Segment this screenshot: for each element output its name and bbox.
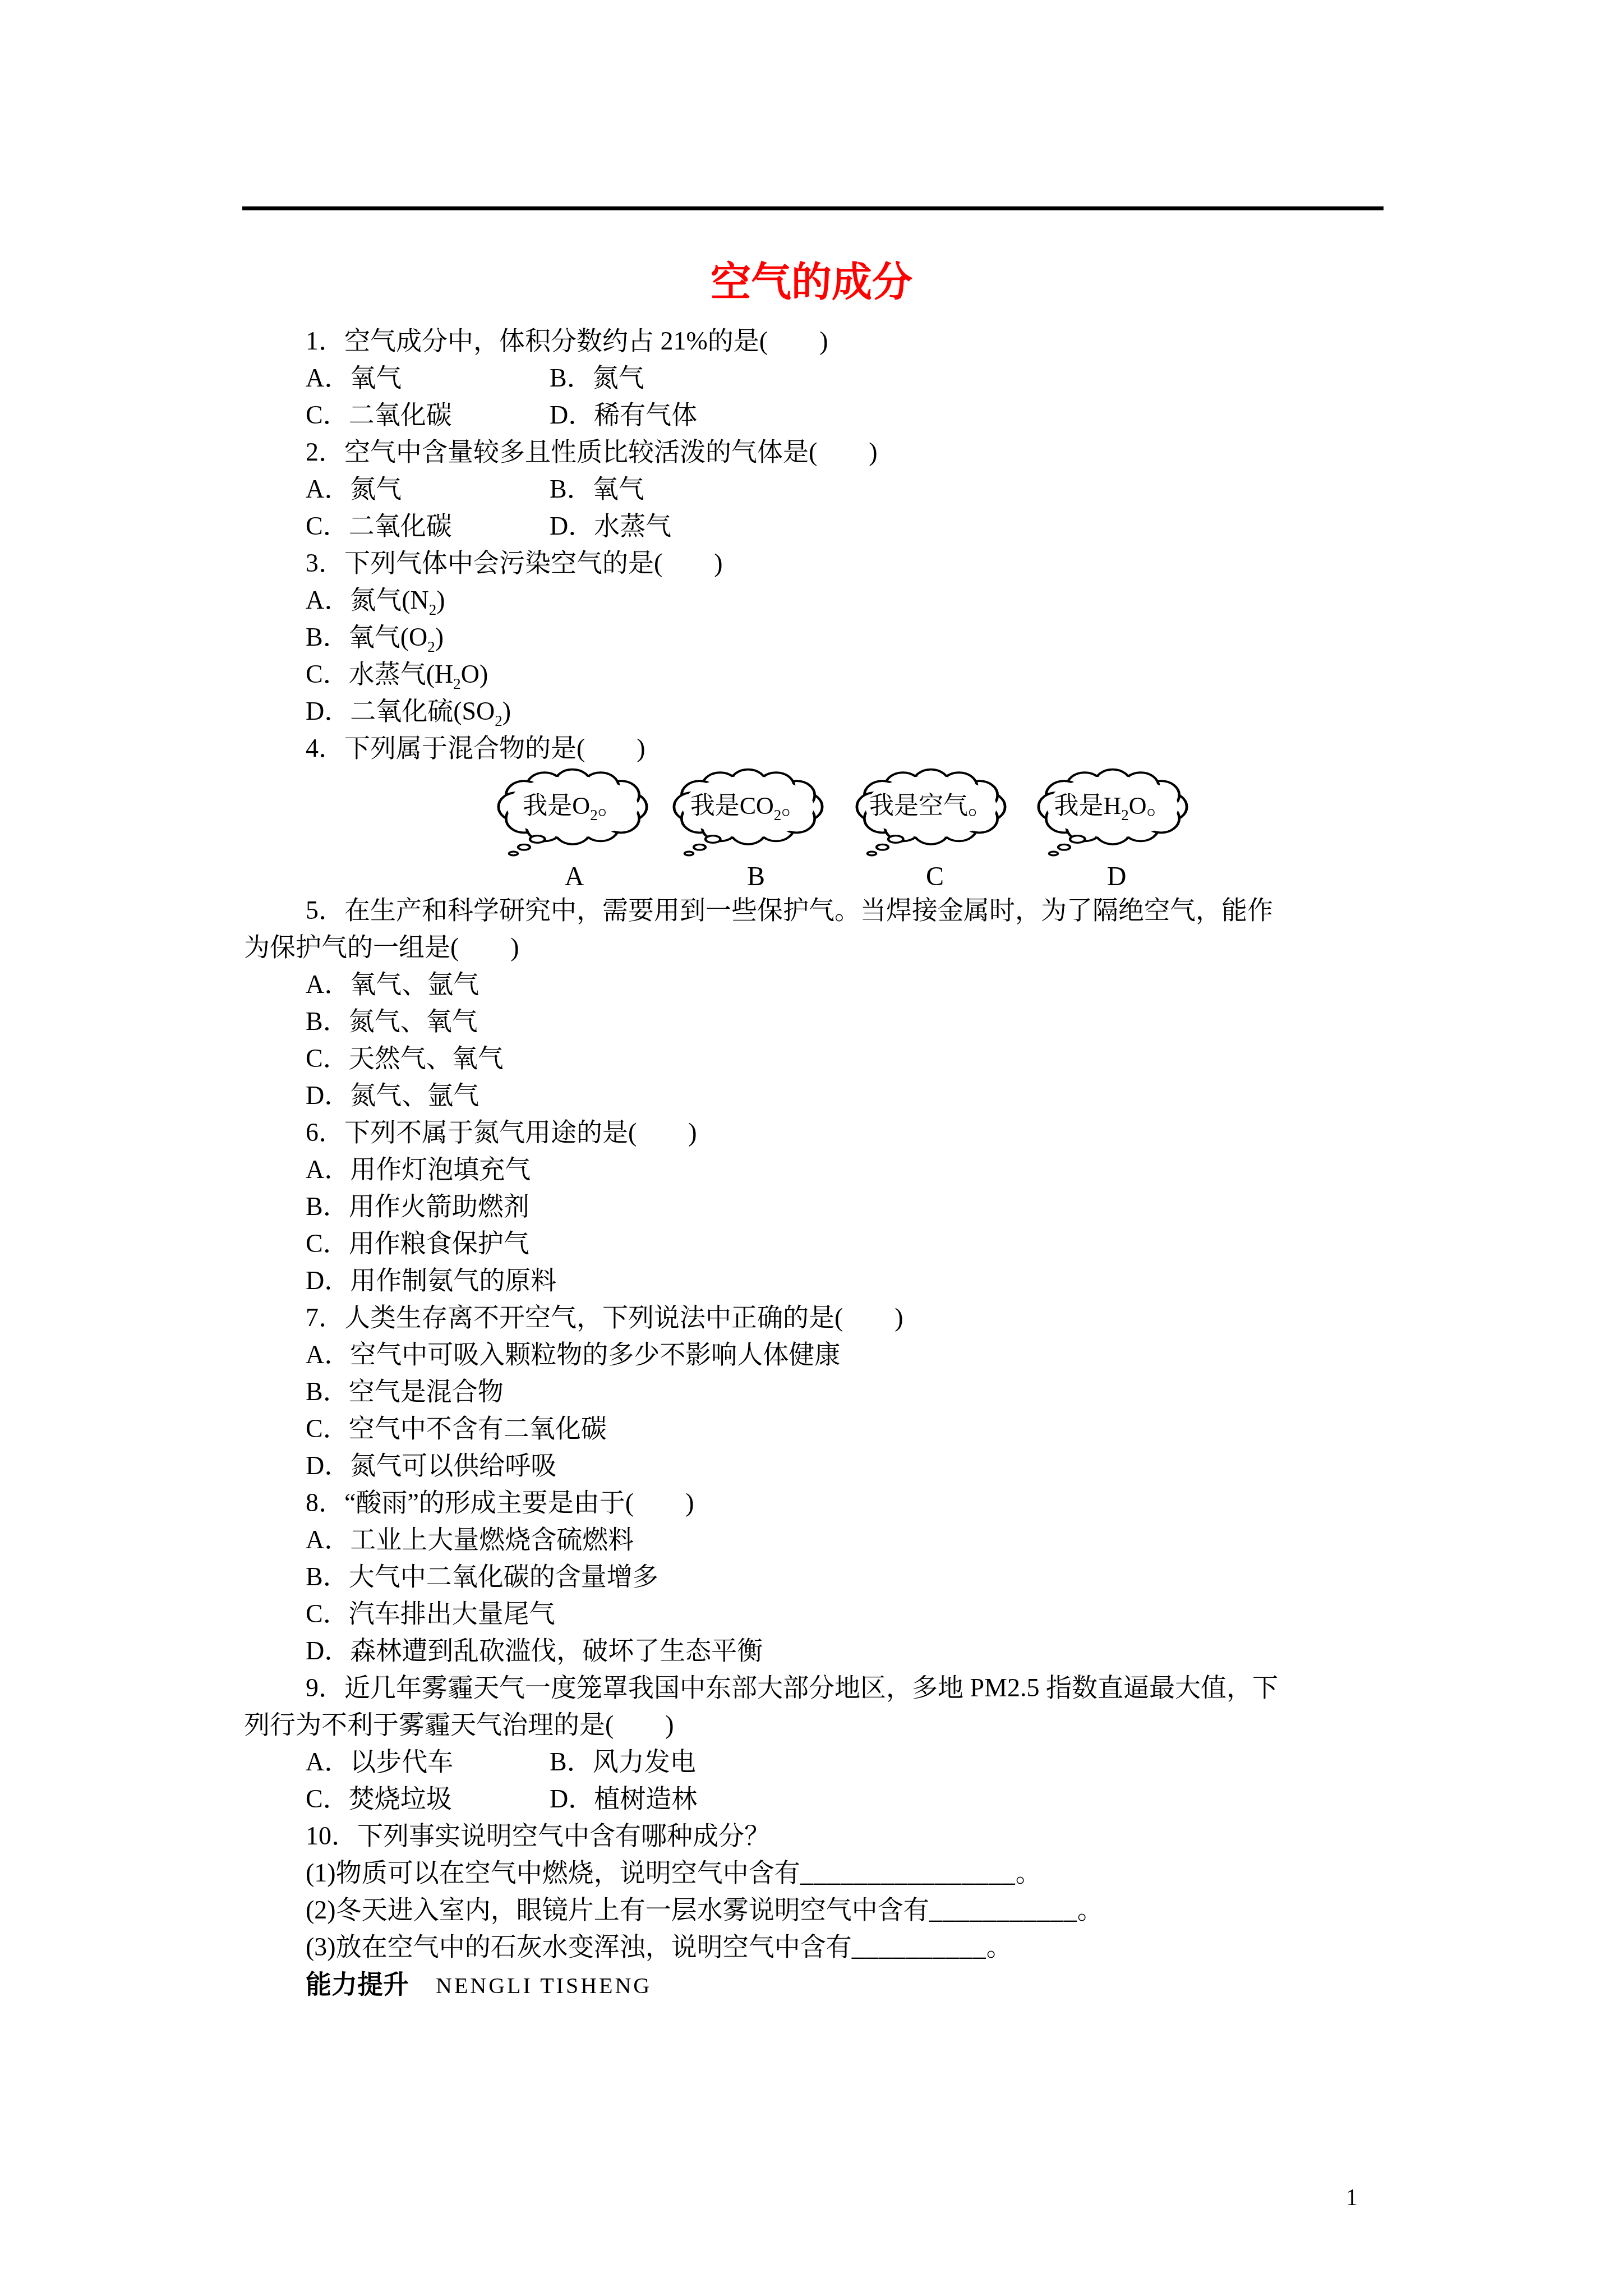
text-segment: D．氮气、氩气 — [306, 1081, 479, 1110]
text-segment: 5．在生产和科学研究中，需要用到一些保护气。当焊接金属时，为了隔绝空气，能作 — [306, 896, 1273, 924]
thought-bubble-a: 我是O2。 — [497, 767, 648, 858]
subscript: 2 — [590, 807, 598, 823]
question-10-item-3: (3)放在空气中的石灰水变浑浊，说明空气中含有__________。 — [244, 1929, 1380, 1966]
option-cell: A．氮气 — [306, 471, 402, 508]
subscript: 2 — [495, 712, 502, 729]
thought-bubble-c: 我是空气。 — [855, 767, 1007, 858]
question-10-item-2: (2)冬天进入室内，眼镜片上有一层水雾说明空气中含有___________。 — [244, 1892, 1380, 1929]
option-cell: A．以步代车 — [306, 1743, 453, 1780]
question-5-option-c: C．天然气、氧气 — [244, 1040, 1380, 1077]
text-segment: 我是H — [1054, 792, 1121, 820]
question-9-options-cd: C．焚烧垃圾D．植树造林 — [244, 1780, 1380, 1818]
text-segment: A．空气中可吸入颗粒物的多少不影响人体健康 — [306, 1340, 840, 1369]
text-segment: D．稀有气体 — [550, 401, 697, 429]
text-segment: (2)冬天进入室内，眼镜片上有一层水雾说明空气中含有 — [306, 1895, 929, 1924]
question-2: 2．空气中含量较多且性质比较活泼的气体是( ) — [244, 434, 1380, 471]
question-7-option-a: A．空气中可吸入颗粒物的多少不影响人体健康 — [244, 1336, 1380, 1373]
text-segment: 我是CO — [690, 792, 774, 820]
question-2-options-cd: C．二氧化碳D．水蒸气 — [244, 508, 1380, 545]
text-segment: ) — [435, 623, 444, 651]
text-segment: 我是O — [523, 792, 590, 820]
question-7: 7．人类生存离不开空气，下列说法中正确的是( ) — [244, 1299, 1380, 1336]
section-heading: 能力提升NENGLI TISHENG — [244, 1966, 1380, 2003]
question-8-option-c: C．汽车排出大量尾气 — [244, 1595, 1380, 1632]
page-number: 1 — [1346, 2184, 1380, 2212]
question-10-item-1: (1)物质可以在空气中燃烧，说明空气中含有________________。 — [244, 1855, 1380, 1892]
text-segment: (1)物质可以在空气中燃烧，说明空气中含有 — [306, 1858, 800, 1887]
text-segment: D．森林遭到乱砍滥伐，破坏了生态平衡 — [306, 1636, 763, 1665]
question-5-option-a: A．氧气、氩气 — [244, 966, 1380, 1003]
bubble-label-a: A — [557, 861, 591, 892]
text-segment: A．以步代车 — [306, 1747, 453, 1776]
thought-bubble-b: 我是CO2。 — [672, 767, 824, 858]
question-8-option-a: A．工业上大量燃烧含硫燃料 — [244, 1521, 1380, 1558]
bubble-label-b: B — [739, 861, 773, 892]
fill-in-blank: ___________ — [929, 1895, 1077, 1924]
subscript: 2 — [453, 675, 461, 692]
text-segment: 。 — [986, 1932, 1012, 1961]
text-segment: B．用作火箭助燃剂 — [306, 1192, 529, 1221]
text-segment: C．用作粮食保护气 — [306, 1229, 529, 1258]
question-5-line-2: 为保护气的一组是( ) — [244, 929, 1380, 966]
header-rule — [242, 206, 1384, 210]
bubble-text: 我是O2。 — [497, 792, 648, 821]
subscript: 2 — [429, 601, 437, 618]
subscript: 2 — [1121, 807, 1129, 823]
text-segment: B．空气是混合物 — [306, 1377, 504, 1406]
text-segment: O。 — [1129, 792, 1172, 820]
question-5-option-b: B．氮气、氧气 — [244, 1003, 1380, 1040]
option-cell: A．氧气 — [306, 360, 402, 397]
worksheet-title: 空气的成分 — [0, 251, 1623, 313]
text-segment: 4．下列属于混合物的是( ) — [306, 734, 645, 762]
text-segment: B．氧气 — [550, 475, 644, 503]
bubble-label-d: D — [1100, 861, 1133, 892]
option-cell: B．风力发电 — [550, 1743, 696, 1780]
question-7-option-d: D．氮气可以供给呼吸 — [244, 1447, 1380, 1484]
option-cell: C．焚烧垃圾 — [306, 1780, 452, 1818]
text-segment: 8．“酸雨”的形成主要是由于( ) — [306, 1488, 694, 1517]
question-1: 1．空气成分中，体积分数约占 21%的是( ) — [244, 323, 1380, 360]
option-cell: B．氮气 — [550, 360, 644, 397]
text-segment: B．氮气 — [550, 364, 644, 392]
option-cell: B．氧气 — [550, 471, 644, 508]
text-segment: O) — [461, 660, 488, 688]
text-segment: A．氮气(N — [306, 586, 429, 614]
option-cell: C．二氧化碳 — [306, 508, 452, 545]
option-cell: D．植树造林 — [550, 1780, 697, 1818]
text-segment: A．工业上大量燃烧含硫燃料 — [306, 1525, 634, 1554]
fill-in-blank: ________________ — [800, 1858, 1016, 1887]
bubble-text: 我是CO2。 — [672, 792, 824, 821]
text-segment: C．二氧化碳 — [306, 401, 452, 429]
question-6-option-d: D．用作制氨气的原料 — [244, 1262, 1380, 1299]
question-6-option-b: B．用作火箭助燃剂 — [244, 1188, 1380, 1225]
bubble-text: 我是H2O。 — [1037, 792, 1188, 821]
question-2-options-ab: A．氮气B．氧气 — [244, 471, 1380, 508]
question-10: 10．下列事实说明空气中含有哪种成分？ — [244, 1818, 1380, 1855]
question-9-line-1: 9．近几年雾霾天气一度笼罩我国中东部大部分地区，多地 PM2.5 指数直逼最大值… — [244, 1669, 1380, 1706]
subscript: 2 — [774, 807, 782, 823]
text-segment: 。 — [781, 792, 806, 820]
text-segment: B．大气中二氧化碳的含量增多 — [306, 1562, 658, 1591]
text-segment: 7．人类生存离不开空气，下列说法中正确的是( ) — [306, 1303, 903, 1332]
text-segment: A．氧气 — [306, 364, 402, 392]
worksheet-page: 空气的成分 1．空气成分中，体积分数约占 21%的是( )A．氧气B．氮气C．二… — [0, 0, 1623, 2296]
question-1-options-ab: A．氧气B．氮气 — [244, 360, 1380, 397]
worksheet-body: 1．空气成分中，体积分数约占 21%的是( )A．氧气B．氮气C．二氧化碳D．稀… — [244, 323, 1380, 2003]
bubble-text: 我是空气。 — [855, 792, 1007, 821]
text-segment: 。 — [1077, 1895, 1103, 1924]
question-3: 3．下列气体中会污染空气的是( ) — [244, 545, 1380, 582]
question-6: 6．下列不属于氮气用途的是( ) — [244, 1114, 1380, 1151]
text-segment: D．用作制氨气的原料 — [306, 1266, 556, 1295]
question-3-option-b: B．氧气(O2) — [244, 619, 1380, 656]
option-cell: C．二氧化碳 — [306, 397, 452, 434]
text-segment: 。 — [1016, 1858, 1041, 1887]
text-segment: ) — [436, 586, 445, 614]
text-segment: B．风力发电 — [550, 1747, 696, 1776]
question-5-line-1: 5．在生产和科学研究中，需要用到一些保护气。当焊接金属时，为了隔绝空气，能作 — [244, 892, 1380, 929]
question-8: 8．“酸雨”的形成主要是由于( ) — [244, 1484, 1380, 1521]
text-segment: D．植树造林 — [550, 1784, 697, 1813]
text-segment: C．水蒸气(H — [306, 660, 453, 688]
question-6-option-c: C．用作粮食保护气 — [244, 1225, 1380, 1262]
text-segment: B．氧气(O — [306, 623, 427, 651]
question-9-options-ab: A．以步代车B．风力发电 — [244, 1743, 1380, 1780]
text-segment: C．空气中不含有二氧化碳 — [306, 1414, 607, 1443]
question-1-options-cd: C．二氧化碳D．稀有气体 — [244, 397, 1380, 434]
question-3-option-a: A．氮气(N2) — [244, 582, 1380, 619]
text-segment: 列行为不利于雾霾天气治理的是( ) — [244, 1710, 674, 1739]
question-7-option-c: C．空气中不含有二氧化碳 — [244, 1410, 1380, 1447]
text-segment: C．焚烧垃圾 — [306, 1784, 452, 1813]
text-segment: 10．下列事实说明空气中含有哪种成分？ — [306, 1821, 770, 1850]
text-segment: 6．下列不属于氮气用途的是( ) — [306, 1118, 697, 1147]
fill-in-blank: __________ — [852, 1932, 986, 1961]
text-segment: NENGLI TISHENG — [436, 1973, 652, 1998]
text-segment: A．氧气、氩气 — [306, 970, 479, 999]
question-3-option-c: C．水蒸气(H2O) — [244, 656, 1380, 693]
text-segment: D．二氧化硫(SO — [306, 697, 495, 725]
bubble-label-c: C — [918, 861, 952, 892]
subscript: 2 — [427, 638, 435, 655]
question-8-option-b: B．大气中二氧化碳的含量增多 — [244, 1558, 1380, 1595]
question-5-option-d: D．氮气、氩气 — [244, 1077, 1380, 1114]
text-segment: A．用作灯泡填充气 — [306, 1155, 531, 1184]
text-segment: 9．近几年雾霾天气一度笼罩我国中东部大部分地区，多地 PM2.5 指数直逼最大值… — [306, 1673, 1278, 1702]
text-segment: 为保护气的一组是( ) — [244, 933, 519, 961]
option-cell: D．水蒸气 — [550, 508, 671, 545]
text-segment: 2．空气中含量较多且性质比较活泼的气体是( ) — [306, 438, 878, 466]
text-segment: 3．下列气体中会污染空气的是( ) — [306, 549, 723, 577]
question-9-line-2: 列行为不利于雾霾天气治理的是( ) — [244, 1706, 1380, 1743]
text-segment: 1．空气成分中，体积分数约占 21%的是( ) — [306, 326, 828, 355]
text-segment: (3)放在空气中的石灰水变浑浊，说明空气中含有 — [306, 1932, 852, 1961]
text-segment: C．天然气、氧气 — [306, 1044, 504, 1073]
text-segment: C．二氧化碳 — [306, 512, 452, 540]
question-4-figure: 我是O2。A 我是CO2。B — [244, 767, 1380, 892]
thought-bubble-d: 我是H2O。 — [1037, 767, 1188, 858]
option-cell: D．稀有气体 — [550, 397, 697, 434]
text-segment: B．氮气、氧气 — [306, 1007, 478, 1036]
text-segment: ) — [502, 697, 511, 725]
question-3-option-d: D．二氧化硫(SO2) — [244, 693, 1380, 730]
text-segment: 我是空气。 — [869, 792, 993, 820]
text-segment: A．氮气 — [306, 475, 402, 503]
text-segment: D．氮气可以供给呼吸 — [306, 1451, 556, 1480]
text-segment: D．水蒸气 — [550, 512, 671, 540]
text-segment: 能力提升 — [306, 1970, 409, 1999]
text-segment: C．汽车排出大量尾气 — [306, 1599, 555, 1628]
question-8-option-d: D．森林遭到乱砍滥伐，破坏了生态平衡 — [244, 1632, 1380, 1669]
question-7-option-b: B．空气是混合物 — [244, 1373, 1380, 1410]
question-6-option-a: A．用作灯泡填充气 — [244, 1151, 1380, 1188]
text-segment: 。 — [598, 792, 623, 820]
question-4: 4．下列属于混合物的是( ) — [244, 730, 1380, 767]
